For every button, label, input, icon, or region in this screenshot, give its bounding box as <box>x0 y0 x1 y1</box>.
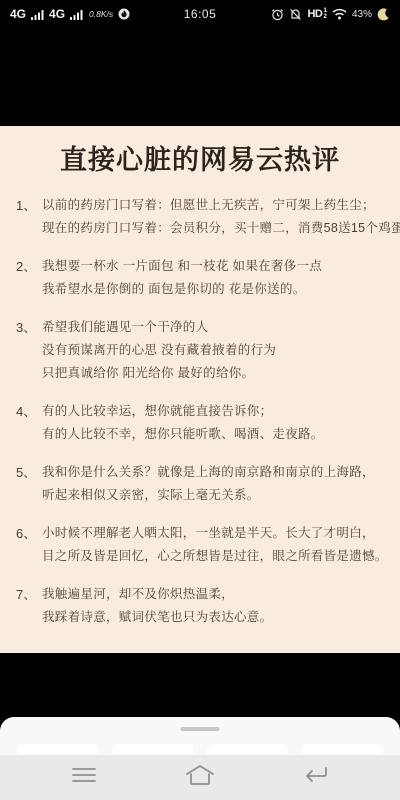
signal-bars-icon-2 <box>70 9 83 20</box>
drag-handle[interactable] <box>181 727 220 731</box>
item-line: 我踩着诗意，赋词伏笔也只为表达心意。 <box>42 606 384 629</box>
hot-comments-image: 直接心脏的网易云热评 1、 以前的药房门口写着：但愿世上无疾苦，宁可架上药生尘；… <box>0 126 400 653</box>
menu-button[interactable] <box>62 756 106 800</box>
list-item: 2、 我想要一杯水 一片面包 和一枝花 如果在奢侈一点 我希望水是你倒的 面包是… <box>16 255 384 301</box>
item-line: 我触遍星河，却不及你炽热温柔， <box>42 583 384 606</box>
item-line: 现在的药房门口写着：会员积分，买十赠二，消费58送15个鸡蛋。 <box>42 217 400 240</box>
item-number: 2、 <box>16 255 42 301</box>
item-line: 目之所及皆是回忆，心之所想皆是过往，眼之所看皆是遗憾。 <box>42 545 388 568</box>
item-number: 3、 <box>16 316 42 385</box>
keyboard-key-row <box>0 744 400 755</box>
alarm-clock-icon <box>271 8 284 21</box>
item-line: 只把真诚给你 阳光给你 最好的给你。 <box>42 362 384 385</box>
item-line: 我希望水是你倒的 面包是你切的 花是你送的。 <box>42 278 384 301</box>
item-number: 7、 <box>16 583 42 629</box>
item-line: 以前的药房门口写着：但愿世上无疾苦，宁可架上药生尘； <box>42 194 400 217</box>
signal-bars-icon-1 <box>31 9 44 20</box>
navigation-bar <box>0 755 400 800</box>
letterbox-top <box>0 28 400 126</box>
item-number: 1、 <box>16 194 42 240</box>
keyboard-key[interactable] <box>17 744 99 755</box>
item-line: 有的人比较不幸，想你只能听歌、喝酒、走夜路。 <box>42 423 384 446</box>
status-right-cluster: HD 1 2 43% <box>271 8 390 21</box>
item-number: 4、 <box>16 400 42 446</box>
item-line: 听起来相似又亲密，实际上毫无关系。 <box>42 484 384 507</box>
hamburger-icon <box>71 766 97 789</box>
page-title: 直接心脏的网易云热评 <box>16 138 384 177</box>
keyboard-key[interactable] <box>207 744 289 755</box>
letterbox-bottom <box>0 653 400 717</box>
hot-comments-list: 1、 以前的药房门口写着：但愿世上无疾苦，宁可架上药生尘； 现在的药房门口写着：… <box>16 194 384 629</box>
network-type-1: 4G <box>10 7 26 21</box>
list-item: 1、 以前的药房门口写着：但愿世上无疾苦，宁可架上药生尘； 现在的药房门口写着：… <box>16 194 384 240</box>
moon-icon <box>377 8 390 21</box>
battery-percentage: 43% <box>352 9 372 20</box>
wifi-icon <box>332 8 347 20</box>
bottom-sheet <box>0 717 400 755</box>
clock-time: 16:05 <box>184 7 217 21</box>
home-icon <box>185 764 215 791</box>
status-left-cluster: 4G 4G 0.8K/s <box>10 7 271 21</box>
keyboard-key[interactable] <box>112 744 194 755</box>
volte-hd-icon: HD 1 2 <box>307 8 327 20</box>
list-item: 7、 我触遍星河，却不及你炽热温柔， 我踩着诗意，赋词伏笔也只为表达心意。 <box>16 583 384 629</box>
flame-icon <box>118 8 130 20</box>
network-speed: 0.8K/s <box>89 9 113 19</box>
status-bar: 4G 4G 0.8K/s 16:05 HD 1 <box>0 0 400 28</box>
item-number: 6、 <box>16 522 42 568</box>
phone-screen: 4G 4G 0.8K/s 16:05 HD 1 <box>0 0 400 800</box>
list-item: 3、 希望我们能遇见一个干净的人 没有预谋离开的心思 没有藏着掖着的行为 只把真… <box>16 316 384 385</box>
list-item: 6、 小时候不理解老人晒太阳，一坐就是半天。长大了才明白， 目之所及皆是回忆，心… <box>16 522 384 568</box>
back-button[interactable] <box>294 756 338 800</box>
list-item: 4、 有的人比较幸运，想你就能直接告诉你； 有的人比较不幸，想你只能听歌、喝酒、… <box>16 400 384 446</box>
item-line: 希望我们能遇见一个干净的人 <box>42 316 384 339</box>
home-button[interactable] <box>178 756 222 800</box>
network-type-2: 4G <box>49 7 65 21</box>
keyboard-key[interactable] <box>301 744 383 755</box>
list-item: 5、 我和你是什么关系？就像是上海的南京路和南京的上海路， 听起来相似又亲密，实… <box>16 461 384 507</box>
item-line: 有的人比较幸运，想你就能直接告诉你； <box>42 400 384 423</box>
item-line: 没有预谋离开的心思 没有藏着掖着的行为 <box>42 339 384 362</box>
item-number: 5、 <box>16 461 42 507</box>
item-line: 我想要一杯水 一片面包 和一枝花 如果在奢侈一点 <box>42 255 384 278</box>
back-arrow-icon <box>303 765 329 790</box>
hd-sub: 2 <box>323 14 327 20</box>
item-line: 小时候不理解老人晒太阳，一坐就是半天。长大了才明白， <box>42 522 388 545</box>
item-line: 我和你是什么关系？就像是上海的南京路和南京的上海路， <box>42 461 384 484</box>
notifications-off-icon <box>289 8 302 21</box>
